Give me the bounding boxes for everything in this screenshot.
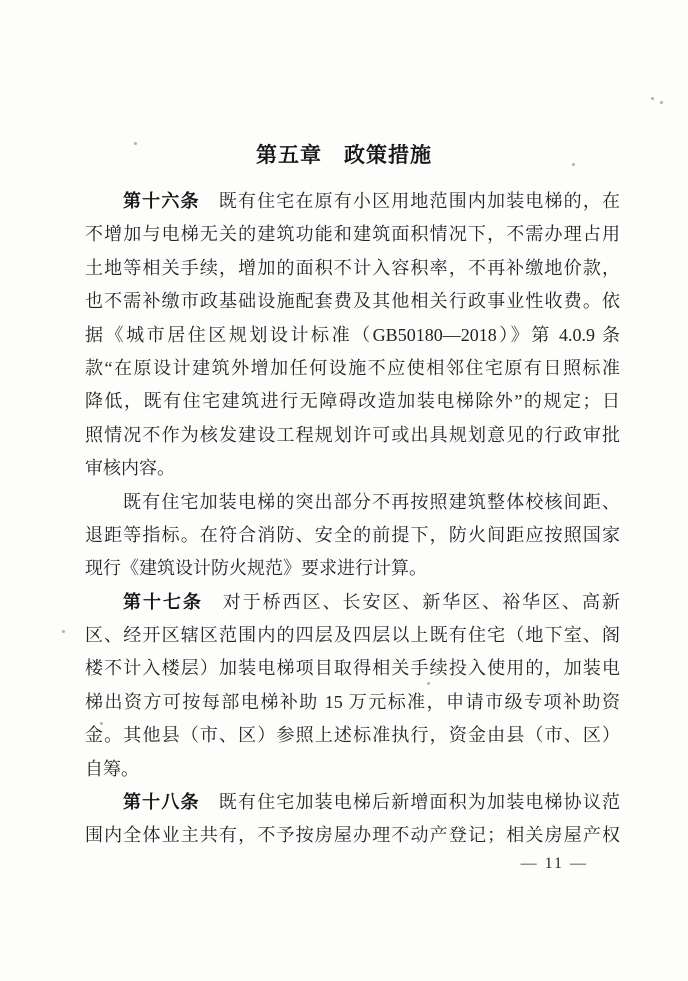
text-line: 降低，既有住宅建筑进行无障碍改造加装电梯除外”的规定；日 — [85, 385, 620, 418]
article-text: 退距等指标。在符合消防、安全的前提下，防火间距应按照国家 — [85, 525, 620, 545]
text-line: 审核内容。 — [85, 452, 620, 485]
text-line: 据《城市居住区规划设计标准（GB50180—2018）》第 4.0.9 条 — [85, 319, 620, 352]
article-text: 审核内容。 — [85, 458, 175, 478]
article-number: 第十七条 — [123, 592, 203, 612]
text-line: 区、经开区辖区范围内的四层及四层以上既有住宅（地下室、阁 — [85, 619, 620, 652]
article-text: 现行《建筑设计防火规范》要求进行计算。 — [85, 558, 427, 578]
article-text: 土地等相关手续，增加的面积不计入容积率，不再补缴地价款， — [85, 258, 620, 278]
article-text: 款“在原设计建筑外增加任何设施不应使相邻住宅原有日照标准 — [85, 358, 620, 378]
text-line: 既有住宅加装电梯的突出部分不再按照建筑整体校核间距、 — [85, 486, 620, 519]
scan-speck — [427, 682, 430, 685]
text-line: 款“在原设计建筑外增加任何设施不应使相邻住宅原有日照标准 — [85, 352, 620, 385]
page-number: — 11 — — [521, 855, 588, 873]
scan-speck — [62, 630, 65, 633]
scan-speck — [660, 101, 663, 104]
text-line: 第十六条 既有住宅在原有小区用地范围内加装电梯的，在 — [85, 185, 620, 218]
text-line: 围内全体业主共有，不予按房屋办理不动产登记；相关房屋产权 — [85, 819, 620, 852]
article-text: 对于桥西区、长安区、新华区、裕华区、高新 — [203, 592, 620, 612]
article-text: 楼不计入楼层）加装电梯项目取得相关手续投入使用的，加装电 — [85, 658, 620, 678]
article-text: 也不需补缴市政基础设施配套费及其他相关行政事业性收费。依 — [85, 291, 620, 311]
scanned-document-page: 第五章 政策措施 第十六条 既有住宅在原有小区用地范围内加装电梯的，在不增加与电… — [0, 0, 688, 981]
document-body: 第十六条 既有住宅在原有小区用地范围内加装电梯的，在不增加与电梯无关的建筑功能和… — [85, 185, 620, 853]
text-line: 退距等指标。在符合消防、安全的前提下，防火间距应按照国家 — [85, 519, 620, 552]
scan-speck — [100, 722, 103, 725]
article-number: 第十六条 — [123, 191, 200, 211]
scan-speck — [475, 199, 478, 202]
scan-speck — [572, 163, 575, 166]
article-text: 自筹。 — [85, 759, 139, 779]
scan-speck — [134, 142, 137, 145]
article-text: 降低，既有住宅建筑进行无障碍改造加装电梯除外”的规定；日 — [85, 391, 620, 411]
text-line: 土地等相关手续，增加的面积不计入容积率，不再补缴地价款， — [85, 252, 620, 285]
text-line: 照情况不作为核发建设工程规划许可或出具规划意见的行政审批 — [85, 419, 620, 452]
article-text: 区、经开区辖区范围内的四层及四层以上既有住宅（地下室、阁 — [85, 625, 620, 645]
article-text: 围内全体业主共有，不予按房屋办理不动产登记；相关房屋产权 — [85, 825, 620, 845]
article-number: 第十八条 — [123, 792, 200, 812]
chapter-title: 第五章 政策措施 — [0, 139, 688, 169]
text-line: 第十八条 既有住宅加装电梯后新增面积为加装电梯协议范 — [85, 786, 620, 819]
text-line: 梯出资方可按每部电梯补助 15 万元标准，申请市级专项补助资 — [85, 686, 620, 719]
article-text: 梯出资方可按每部电梯补助 15 万元标准，申请市级专项补助资 — [85, 692, 620, 712]
scan-speck — [651, 97, 654, 100]
text-line: 不增加与电梯无关的建筑功能和建筑面积情况下，不需办理占用 — [85, 218, 620, 251]
article-text: 既有住宅加装电梯后新增面积为加装电梯协议范 — [200, 792, 620, 812]
text-line: 现行《建筑设计防火规范》要求进行计算。 — [85, 552, 620, 585]
article-text: 既有住宅加装电梯的突出部分不再按照建筑整体校核间距、 — [123, 492, 620, 512]
article-text: 据《城市居住区规划设计标准（GB50180—2018）》第 4.0.9 条 — [85, 325, 620, 345]
text-line: 自筹。 — [85, 753, 620, 786]
article-text: 既有住宅在原有小区用地范围内加装电梯的，在 — [200, 191, 620, 211]
article-text: 照情况不作为核发建设工程规划许可或出具规划意见的行政审批 — [85, 425, 620, 445]
article-text: 金。其他县（市、区）参照上述标准执行，资金由县（市、区） — [85, 725, 620, 745]
text-line: 楼不计入楼层）加装电梯项目取得相关手续投入使用的，加装电 — [85, 652, 620, 685]
article-text: 不增加与电梯无关的建筑功能和建筑面积情况下，不需办理占用 — [85, 224, 620, 244]
text-line: 第十七条 对于桥西区、长安区、新华区、裕华区、高新 — [85, 586, 620, 619]
text-line: 也不需补缴市政基础设施配套费及其他相关行政事业性收费。依 — [85, 285, 620, 318]
text-line: 金。其他县（市、区）参照上述标准执行，资金由县（市、区） — [85, 719, 620, 752]
